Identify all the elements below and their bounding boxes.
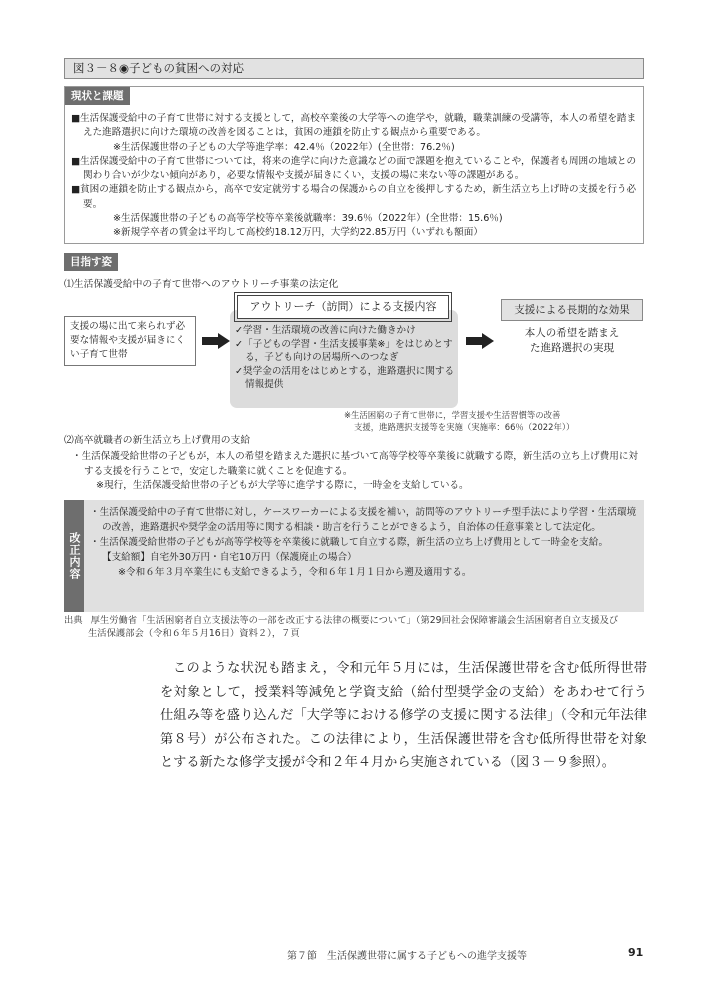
body-paragraph-text: このような状況も踏まえ，令和元年５月には，生活保護世帯を含む低所得世帯を対象とし… xyxy=(160,657,647,775)
status-tag: 現状と課題 xyxy=(65,87,130,105)
outreach-item-3: ✓奨学金の活用をはじめとする，進路選択に関する情報提供 xyxy=(235,365,455,392)
footer-section-title: 第７節 生活保護世帯に属する子どもへの進学支援等 xyxy=(287,947,527,962)
long-term-effect-title: 支援による長期的な効果 xyxy=(501,299,643,321)
right-arrow-icon xyxy=(202,333,230,349)
source-line2: 生活保護部会（令和６年５月16日）資料２），７頁 xyxy=(64,627,649,640)
long-term-effect-body: 本人の希望を踏まえ た進路選択の実現 xyxy=(501,326,643,356)
source-label: 出典 xyxy=(64,615,83,626)
section2-note: ※現行，生活保護受給世帯の子どもが大学等に進学する際に，一時金を支給している。 xyxy=(72,479,647,494)
figure-title: 図３－８◉子どもの貧困への対応 xyxy=(64,58,644,79)
target-households-box: 支援の場に出て来られず必要な情報や支援が届きにくい子育て世帯 xyxy=(64,316,196,366)
status-paragraph-3: ■貧困の連鎖を防止する観点から，高卒で安定就労する場合の保護からの自立を後押しす… xyxy=(71,183,637,212)
status-note-3: ※新規学卒者の賃金は平均して高校約18.12万円，大学約22.85万円（いずれも… xyxy=(71,226,637,240)
revision-label: 改正内容 xyxy=(64,500,84,612)
status-and-issues-box: 現状と課題 ■生活保護受給中の子育て世帯に対する支援として，高校卒業後の大学等へ… xyxy=(64,86,644,244)
long-term-effect-line1: 本人の希望を踏まえ xyxy=(501,326,643,341)
body-paragraph: このような状況も踏まえ，令和元年５月には，生活保護世帯を含む低所得世帯を対象とし… xyxy=(160,657,647,775)
outreach-title: アウトリーチ（訪問）による支援内容 xyxy=(237,295,449,319)
section2-heading: ⑵高卒就職者の新生活立ち上げ費用の支給 xyxy=(64,434,250,448)
revision-amount: 【支給額】自宅外30万円・自宅10万円（保護廃止の場合） xyxy=(90,550,638,565)
section2-bullet: ・生活保護受給世帯の子どもが，本人の希望を踏まえた選択に基づいて高等学校等卒業後… xyxy=(72,450,647,479)
status-body: ■生活保護受給中の子育て世帯に対する支援として，高校卒業後の大学等への進学や，就… xyxy=(71,112,637,241)
long-term-effect-line2: た進路選択の実現 xyxy=(501,341,643,356)
status-note-1: ※生活保護世帯の子どもの大学等進学率：42.4％（2022年）(全世帯：76.2… xyxy=(71,141,637,155)
outreach-item-1: ✓学習・生活環境の改善に向けた働きかけ xyxy=(235,324,455,338)
outreach-footnote-line2: 支援，進路選択支援等を実施（実施率：66％（2022年）） xyxy=(344,422,574,434)
source-line1: 厚生労働省「生活困窮者自立支援法等の一部を改正する法律の概要について」（第29回… xyxy=(91,615,619,626)
status-paragraph-1: ■生活保護受給中の子育て世帯に対する支援として，高校卒業後の大学等への進学や，就… xyxy=(71,112,637,141)
outreach-list: ✓学習・生活環境の改善に向けた働きかけ ✓「子どもの学習・生活支援事業※」をはじ… xyxy=(235,324,455,392)
status-paragraph-2: ■生活保護受給中の子育て世帯については，将来の進学に向けた意識などの面で課題を抱… xyxy=(71,155,637,184)
section1-heading: ⑴生活保護受給中の子育て世帯へのアウトリーチ事業の法定化 xyxy=(64,278,338,292)
goal-tag: 目指す姿 xyxy=(64,253,118,271)
revision-amount-note: ※令和６年３月卒業生にも支給できるよう，令和６年１月１日から遡及適用する。 xyxy=(90,565,638,580)
source-citation: 出典厚生労働省「生活困窮者自立支援法等の一部を改正する法律の概要について」（第2… xyxy=(64,614,649,640)
outreach-item-2: ✓「子どもの学習・生活支援事業※」をはじめとする，子ども向けの居場所へのつなぎ xyxy=(235,338,455,365)
revision-body: ・生活保護受給中の子育て世帯に対し，ケースワーカーによる支援を補い，訪問等のアウ… xyxy=(90,505,638,580)
page-number: 91 xyxy=(628,946,643,959)
section2-body: ・生活保護受給世帯の子どもが，本人の希望を踏まえた選択に基づいて高等学校等卒業後… xyxy=(72,450,647,494)
revision-bullet-2: ・生活保護受給世帯の子どもが高等学校等を卒業後に就職して自立する際，新生活の立ち… xyxy=(90,535,638,550)
status-note-2: ※生活保護世帯の子どもの高等学校等卒業後就職率：39.6％（2022年）(全世帯… xyxy=(71,212,637,226)
revision-bullet-1: ・生活保護受給中の子育て世帯に対し，ケースワーカーによる支援を補い，訪問等のアウ… xyxy=(90,505,638,535)
right-arrow-icon xyxy=(466,333,494,349)
revision-box: 改正内容 ・生活保護受給中の子育て世帯に対し，ケースワーカーによる支援を補い，訪… xyxy=(64,500,644,612)
outreach-footnote-line1: ※生活困窮の子育て世帯に，学習支援や生活習慣等の改善 xyxy=(344,410,574,422)
outreach-footnote: ※生活困窮の子育て世帯に，学習支援や生活習慣等の改善 支援，進路選択支援等を実施… xyxy=(344,410,574,433)
